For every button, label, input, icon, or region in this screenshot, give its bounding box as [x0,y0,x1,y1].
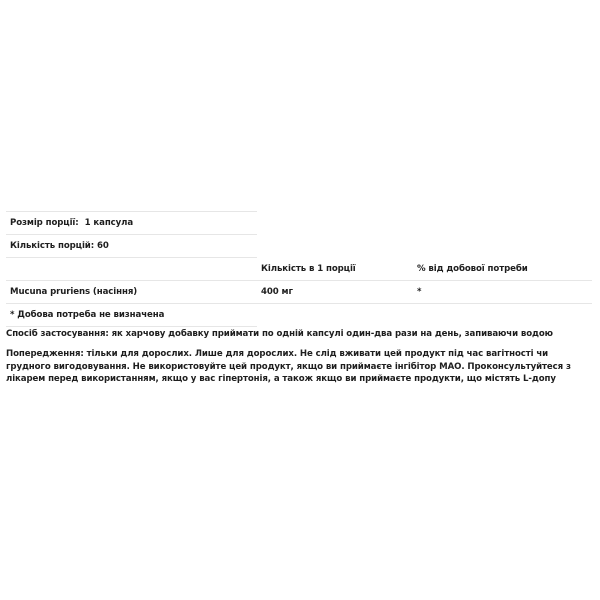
table-header-row: Кількість в 1 порції % від добової потре… [6,258,592,281]
serving-size: Розмір порції:1 капсула [10,212,133,234]
amount-header: Кількість в 1 порції [261,258,356,280]
table-row: Mucuna pruriens (насіння) 400 мг * [6,281,592,304]
usage-instructions: Спосіб застосування: як харчову добавку … [6,328,594,341]
ingredient-amount: 400 мг [261,281,293,303]
ingredient-name: Mucuna pruriens (насіння) [10,281,137,303]
footnote: * Добова потреба не визначена [10,304,164,326]
daily-value-header: % від добової потреби [417,258,528,280]
servings-count-label: Кількість порцій: [10,241,94,251]
warning-text: Попередження: тільки для дорослих. Лише … [6,348,594,386]
serving-size-label: Розмір порції: [10,218,79,228]
serving-size-value: 1 капсула [85,218,133,228]
servings-count: Кількість порцій: 60 [10,235,109,257]
supplement-facts-table: Розмір порції:1 капсула Кількість порцій… [6,211,592,327]
servings-count-row: Кількість порцій: 60 [6,235,257,258]
footnote-row: * Добова потреба не визначена [6,304,257,327]
serving-size-row: Розмір порції:1 капсула [6,211,257,235]
ingredient-daily-value: * [417,281,421,303]
servings-count-value: 60 [97,241,109,251]
